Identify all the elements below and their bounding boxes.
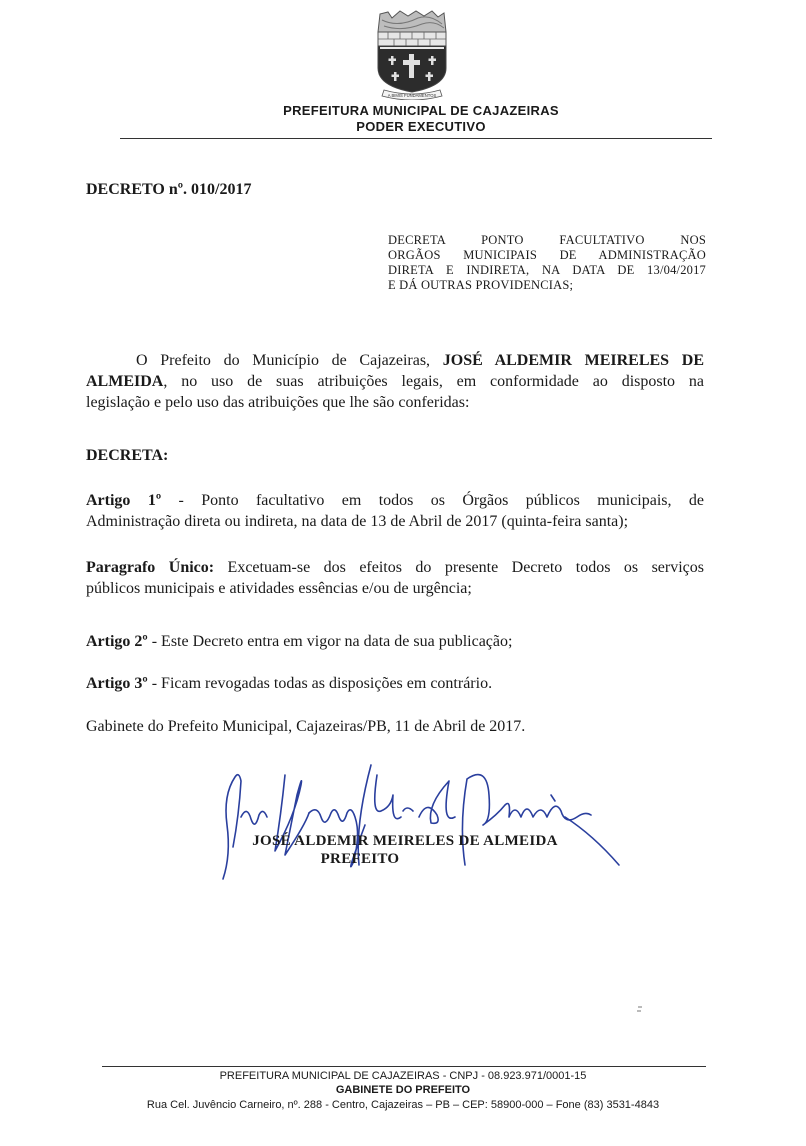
footer-address: Rua Cel. Juvêncio Carneiro, nº. 288 - Ce… — [0, 1099, 806, 1111]
intro-paragraph: O Prefeito do Município de Cajazeiras, J… — [86, 350, 704, 413]
scan-specks — [636, 1004, 648, 1014]
article-2: Artigo 2º - Este Decreto entra em vigor … — [86, 631, 704, 652]
article-1: Artigo 1º - Ponto facultativo em todos o… — [86, 490, 704, 532]
header-title: PREFEITURA MUNICIPAL DE CAJAZEIRAS — [0, 103, 806, 118]
intro-text: legislação e pelo uso das atribuições qu… — [86, 392, 704, 413]
summary-line: DECRETA PONTO FACULTATIVO NOS — [388, 233, 706, 248]
closing-place-date: Gabinete do Prefeito Municipal, Cajazeir… — [86, 716, 704, 737]
article-3: Artigo 3º - Ficam revogadas todas as dis… — [86, 673, 704, 694]
intro-text: O Prefeito do Município de Cajazeiras, — [136, 352, 443, 369]
footer-office: GABINETE DO PREFEITO — [0, 1084, 806, 1096]
header-divider — [120, 138, 712, 139]
mayor-name-cont: ALMEIDA — [86, 373, 163, 390]
article-text: Administração direta ou indireta, na dat… — [86, 511, 704, 532]
article-label: Paragrafo Único: — [86, 559, 214, 576]
article-text: Excetuam-se dos efeitos do presente Decr… — [214, 559, 704, 576]
mayor-name: JOSÉ ALDEMIR MEIRELES DE — [443, 352, 704, 369]
article-text: - Este Decreto entra em vigor na data de… — [148, 633, 513, 650]
svg-text:A BIMIS FUNDAMENTOS: A BIMIS FUNDAMENTOS — [388, 93, 437, 98]
signatory-role: PREFEITO — [215, 851, 505, 868]
decreta-heading: DECRETA: — [86, 445, 704, 466]
intro-text: , no uso de suas atribuições legais, em … — [163, 373, 704, 390]
article-label: Artigo 1º — [86, 492, 161, 509]
footer-divider — [102, 1066, 706, 1067]
summary-line: DIRETA E INDIRETA, NA DATA DE 13/04/2017 — [388, 263, 706, 278]
article-text: - Ficam revogadas todas as disposições e… — [148, 675, 492, 692]
footer-cnpj: PREFEITURA MUNICIPAL DE CAJAZEIRAS - CNP… — [0, 1070, 806, 1082]
article-label: Artigo 2º — [86, 633, 148, 650]
municipal-coat-of-arms-icon: A BIMIS FUNDAMENTOS — [358, 10, 464, 100]
header-subtitle: PODER EXECUTIVO — [0, 119, 806, 134]
summary-line: ORGÃOS MUNICIPAIS DE ADMINISTRAÇÃO — [388, 248, 706, 263]
article-text: - Ponto facultativo em todos os Órgãos p… — [161, 492, 704, 509]
summary-line: E DÁ OUTRAS PROVIDENCIAS; — [388, 278, 706, 293]
article-label: Artigo 3º — [86, 675, 148, 692]
decree-summary: DECRETA PONTO FACULTATIVO NOS ORGÃOS MUN… — [388, 233, 706, 293]
decree-number: DECRETO nº. 010/2017 — [86, 181, 251, 199]
paragrafo-unico: Paragrafo Único: Excetuam-se dos efeitos… — [86, 557, 704, 599]
article-text: públicos municipais e atividades essênci… — [86, 578, 704, 599]
signatory-name: JOSÉ ALDEMIR MEIRELES DE ALMEIDA — [215, 833, 595, 850]
